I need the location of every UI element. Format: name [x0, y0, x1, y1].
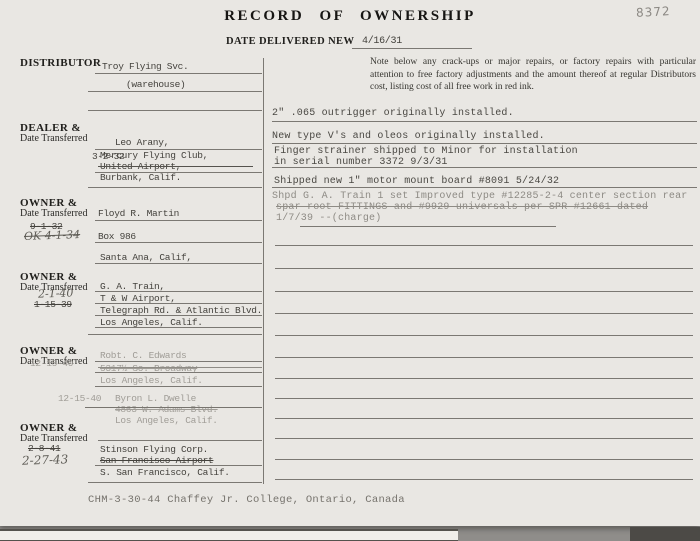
record-card: RECORD OF OWNERSHIP 8372 DATE DELIVERED … [0, 0, 700, 526]
owner1-address-2: Santa Ana, Calif, [100, 252, 192, 263]
rule [272, 167, 697, 168]
rule [272, 143, 697, 144]
owner2-date-struck: 1-15-39 [34, 299, 72, 310]
page-title: RECORD OF OWNERSHIP [0, 8, 700, 25]
owner1-date-handwritten: OK 4-1-34 [24, 228, 81, 243]
owner3-name: Robt. C. Edwards [100, 350, 186, 361]
blank-rule [275, 479, 693, 480]
repair-entry-4: Shipped new 1" motor mount board #8091 5… [274, 176, 559, 187]
dealer-address-3: Burbank, Calif. [100, 172, 181, 183]
distributor-label: DISTRIBUTOR [20, 57, 101, 69]
scan-edge-shadow [630, 527, 700, 541]
distributor-note: (warehouse) [126, 79, 185, 90]
strike-line [98, 166, 253, 167]
rule [88, 334, 262, 335]
repair-entry-3-line-1: Finger strainer shipped to Minor for ins… [274, 146, 578, 157]
owner4-address-1-struck: 4863 W. Adams Blvd. [115, 404, 218, 415]
rule [88, 482, 262, 483]
rule [98, 440, 262, 441]
rule [95, 73, 262, 74]
distributor-name: Troy Flying Svc. [102, 61, 188, 72]
owner4-address-2: Los Angeles, Calif. [115, 415, 218, 426]
owner1-name: Floyd R. Martin [98, 208, 179, 219]
rule [300, 226, 556, 227]
date-delivered-label: DATE DELIVERED NEW [226, 36, 354, 47]
rule [95, 327, 262, 328]
dealer-date-transferred-label: Date Transferred [20, 133, 87, 144]
next-card-edge [0, 529, 458, 541]
dealer-name: Leo Arany, [115, 137, 169, 148]
blank-rule [275, 291, 693, 292]
rule [95, 361, 262, 362]
owner4-name: Byron L. Dwelle [115, 393, 196, 404]
rule [95, 372, 262, 373]
rule [95, 465, 262, 466]
blank-rule [275, 438, 693, 439]
blank-rule [275, 398, 693, 399]
rule [352, 48, 472, 49]
strike-line [98, 367, 262, 368]
blank-rule [275, 378, 693, 379]
blank-rule [275, 313, 693, 314]
owner1-address-1: Box 986 [98, 231, 136, 242]
blank-rule [275, 459, 693, 460]
strike-line [85, 407, 262, 408]
rule [95, 242, 262, 243]
repair-entry-1: 2" .065 outrigger originally installed. [272, 108, 514, 119]
owner1-date-transferred-label: Date Transferred [20, 208, 87, 219]
pencil-number: 8372 [636, 4, 671, 20]
rule [88, 187, 262, 188]
blank-rule [275, 335, 693, 336]
date-delivered-value: 4/16/31 [362, 36, 402, 47]
column-divider [263, 58, 264, 484]
blank-rule [275, 418, 693, 419]
rule [272, 187, 697, 188]
owner3-address-2: Los Angeles, Calif. [100, 375, 203, 386]
owner4-date: 12-15-40 [58, 393, 101, 404]
owner3-date: 12-15-40 [30, 358, 73, 369]
repairs-instructions: Note below any crack-ups or major repair… [370, 56, 696, 94]
rule [95, 315, 262, 316]
repair-entry-5-line-1: Shpd G. A. Train 1 set Improved type #12… [272, 191, 687, 202]
repair-entry-2: New type V's and oleos originally instal… [272, 131, 545, 142]
rule [95, 386, 262, 387]
rule [95, 263, 262, 264]
rule [95, 220, 262, 221]
dealer-address-1: Mercury Flying Club, [100, 150, 208, 161]
blank-rule [275, 268, 693, 269]
rule [272, 121, 697, 122]
blank-rule [275, 357, 693, 358]
owner5-address-2: S. San Francisco, Calif. [100, 467, 230, 478]
owner5-name: Stinson Flying Corp. [100, 444, 208, 455]
rule [88, 110, 262, 111]
blank-rule [275, 245, 693, 246]
footer-stamp: CHM-3-30-44 Chaffey Jr. College, Ontario… [88, 494, 405, 506]
repair-entry-5-line-3: 1/7/39 --(charge) [276, 213, 381, 224]
rule [95, 303, 262, 304]
repair-entry-5-line-2-struck: spar root FITTINGS and #9929 universals … [276, 202, 648, 213]
rule [88, 91, 262, 92]
owner5-date-handwritten: 2-27-43 [22, 452, 69, 468]
rule [95, 291, 262, 292]
